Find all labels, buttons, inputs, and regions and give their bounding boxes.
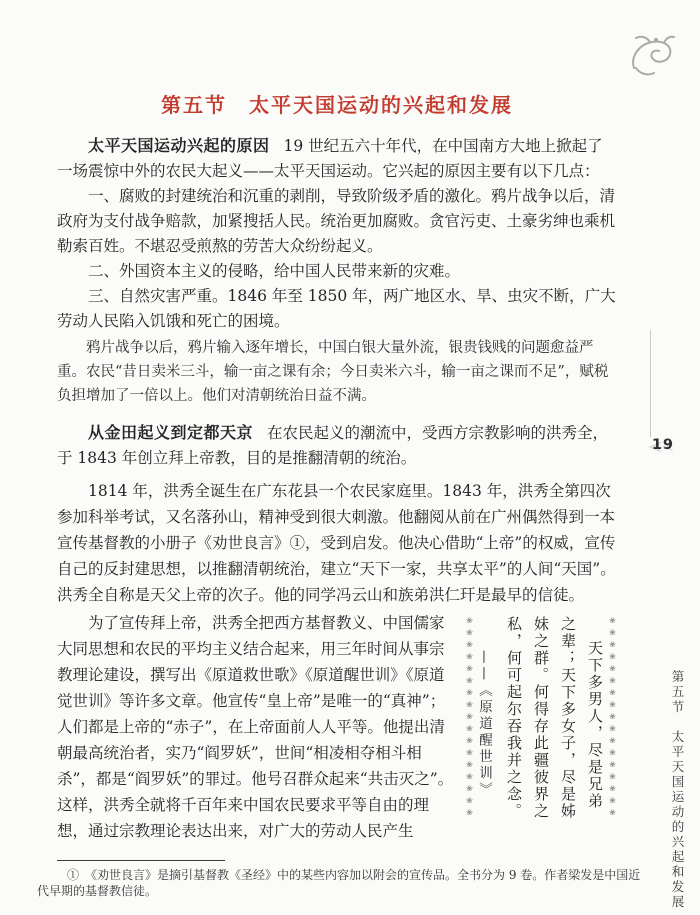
opium-note-paragraph: 鸦片战争以后，鸦片输入逐年增长，中国白银大量外流，银贵钱贱的问题愈益严重。农民“… [57,336,617,408]
section1-heading: 太平天国运动兴起的原因 [88,136,270,155]
dragon-ornament-icon [620,28,682,82]
side-section-label: 第五节 太平天国运动的兴起和发展 [668,670,686,910]
section1-lead-paragraph: 太平天国运动兴起的原因19 世纪五六十年代，在中国南方大地上掀起了一场震惊中外的… [57,133,617,184]
textbook-page: 第五节 太平天国运动的兴起和发展 太平天国运动兴起的原因19 世纪五六十年代，在… [0,0,700,915]
section2-heading: 从金田起义到定都天京 [88,423,253,442]
quote-text: 天下多男人，尽是兄弟之辈；天下多女子，尽是姊妹之群。何得存此疆彼界之私，何可起尔… [500,616,608,826]
footnote-text: ① 《劝世良言》是摘引基督教《圣经》中的某些内容加以附会的宣传品。全书分为 9 … [37,867,643,899]
page-title: 第五节 太平天国运动的兴起和发展 [57,89,617,118]
doctrine-paragraph: 为了宣传拜上帝，洪秀全把西方基督教义、中国儒家大同思想和农民的平均主义结合起来，… [57,610,459,854]
quote-border-left-ornament: ❀❀❀❀❀❀❀❀❀❀❀❀❀❀❀❀❀❀ [465,616,474,816]
right-margin-rule [650,330,651,437]
quote-border-right-ornament: ❀❀❀❀❀❀❀❀❀❀❀❀❀❀❀❀❀❀ [608,616,617,816]
section2-lead-paragraph: 从金田起义到定都天京在农民起义的潮流中，受西方宗教影响的洪秀全，于 1843 年… [57,420,617,471]
cause-point-2: 二、外国资本主义的侵略，给中国人民带来新的灾难。 [57,259,617,284]
quote-inner: ——《原道醒世训》 天下多男人，尽是兄弟之辈；天下多女子，尽是姊妹之群。何得存此… [474,616,608,854]
vertical-quote-box: ❀❀❀❀❀❀❀❀❀❀❀❀❀❀❀❀❀❀ ——《原道醒世训》 天下多男人，尽是兄弟之… [465,610,617,854]
page-number: 19 [652,437,674,453]
quote-attribution: ——《原道醒世训》 [474,616,494,854]
main-content: 太平天国运动兴起的原因19 世纪五六十年代，在中国南方大地上掀起了一场震惊中外的… [57,133,617,899]
hong-xiuquan-bio-paragraph: 1814 年，洪秀全诞生在广东花县一个农民家庭里。1843 年，洪秀全第四次参加… [57,478,617,608]
cause-point-3: 三、自然灾害严重。1846 年至 1850 年，两广地区水、旱、虫灾不断，广大劳… [57,284,617,334]
cause-point-1: 一、腐败的封建统治和沉重的剥削，导致阶级矛盾的激化。鸦片战争以后，清政府为支付战… [57,184,617,259]
bottom-two-column-area: 为了宣传拜上帝，洪秀全把西方基督教义、中国儒家大同思想和农民的平均主义结合起来，… [57,610,617,854]
footnote-divider [57,860,225,861]
